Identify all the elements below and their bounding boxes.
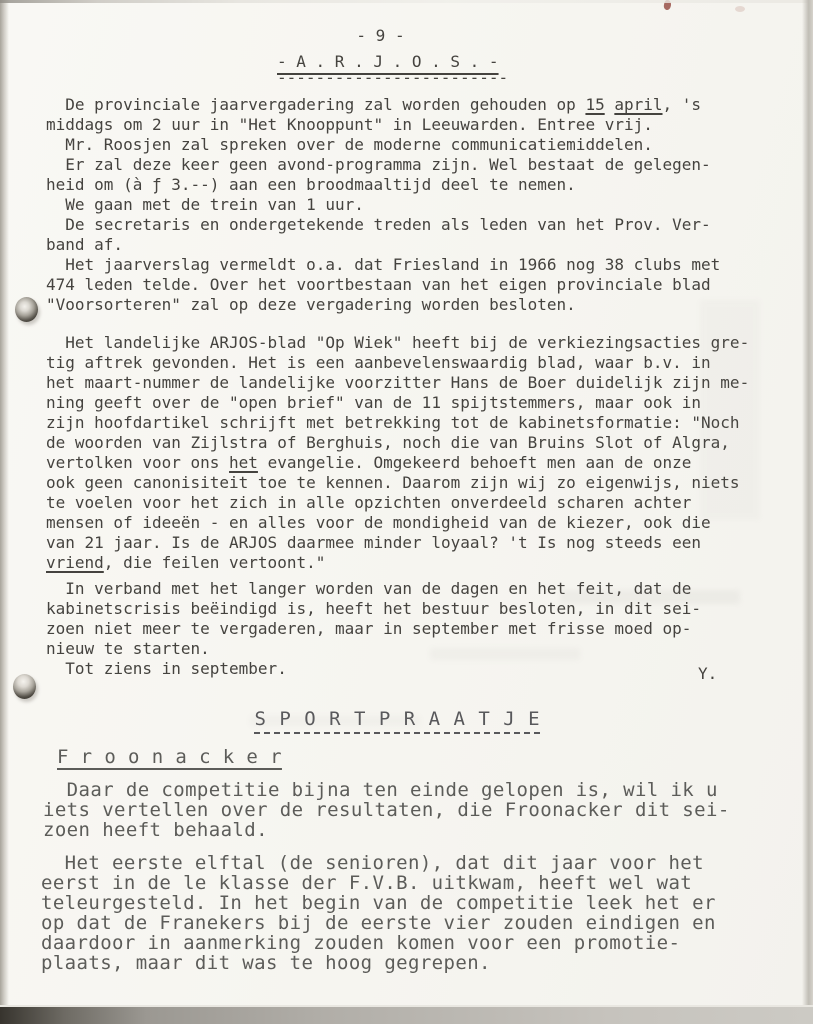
paper-smudge [700, 300, 760, 520]
text-line: teleurgesteld. In het begin van de compe… [41, 893, 716, 913]
text-line: We gaan met de trein van 1 uur. [46, 195, 720, 215]
text-line: mensen of ideeën - en alles voor de mond… [46, 513, 749, 533]
text-line: de woorden van Zijlstra of Berghuis, noc… [46, 433, 749, 453]
document-page: - 9 - - A . R . J . O . S . - ----------… [0, 0, 813, 1024]
text-line: 474 leden telde. Over het voortbestaan v… [46, 275, 720, 295]
text-line: zoen heeft behaald. [43, 820, 730, 840]
text-line: Mr. Roosjen zal spreken over de moderne … [46, 135, 720, 155]
text-line: zijn hoofdartikel schrijft met betrekkin… [46, 413, 749, 433]
text-line: plaats, maar dit was te hoog gegrepen. [41, 953, 716, 973]
text-line: Er zal deze keer geen avond-programma zi… [46, 155, 720, 175]
paper-smudge [250, 716, 420, 726]
page-edge-top [0, 0, 813, 3]
text-line: De secretaris en ondergetekende treden a… [46, 215, 720, 235]
text-line: tig aftrek gevonden. Het is een aanbevel… [46, 353, 749, 373]
text-line: op dat de Franekers bij de eerste vier z… [41, 913, 716, 933]
text-line: ning geeft over de "open brief" van de 1… [46, 393, 749, 413]
paragraph-arjos-2: Het landelijke ARJOS-blad "Op Wiek" heef… [46, 333, 749, 573]
signature-initial: Y. [698, 664, 717, 683]
text-line: van 21 jaar. Is de ARJOS daarmee minder … [46, 533, 749, 553]
text-line: heid om (à ƒ 3.--) aan een broodmaaltijd… [46, 175, 720, 195]
underlined-text: vriend [46, 553, 104, 572]
text-line: het maart-nummer de landelijke voorzitte… [46, 373, 749, 393]
text-line: band af. [46, 235, 720, 255]
text-line: Het jaarverslag vermeldt o.a. dat Friesl… [46, 255, 720, 275]
page-edge-bottom [0, 1005, 813, 1024]
text-line: Daar de competitie bijna ten einde gelop… [43, 780, 730, 800]
hole-punch-top [15, 297, 38, 322]
text-line: iets vertellen over de resultaten, die F… [43, 800, 730, 820]
underlined-text: het [229, 453, 258, 472]
text-line: middags om 2 uur in "Het Knooppunt" in L… [46, 115, 720, 135]
paper-smudge [560, 590, 740, 604]
title-underline-dashes: ------------------------ [277, 68, 508, 87]
text-line: De provinciale jaarvergadering zal worde… [46, 95, 720, 115]
paragraph-sport-2: Het eerste elftal (de senioren), dat dit… [41, 853, 716, 973]
text-line: vriend, die feilen vertoont." [46, 553, 749, 573]
page-edge-left [0, 0, 9, 1024]
paragraph-arjos-1: De provinciale jaarvergadering zal worde… [46, 95, 720, 315]
paper-smudge [430, 648, 580, 660]
paragraph-sport-1: Daar de competitie bijna ten einde gelop… [43, 780, 730, 840]
text-line: nieuw te starten. [46, 639, 701, 659]
subheading-froonacker: F r o o n a c k e r [57, 746, 282, 768]
text-line: daardoor in aanmerking zouden komen voor… [41, 933, 716, 953]
page-edge-right [802, 0, 813, 1008]
faint-red-stain [735, 6, 745, 12]
text-line: Het landelijke ARJOS-blad "Op Wiek" heef… [46, 333, 749, 353]
text-line: ook geen canonisiteit toe te kennen. Daa… [46, 473, 749, 493]
underlined-text: 15 [585, 95, 604, 114]
text-line: "Voorsorteren" zal op deze vergadering w… [46, 295, 720, 315]
text-line: eerst in de le klasse der F.V.B. uitkwam… [41, 873, 716, 893]
text-line: te voelen voor het zich in alle opzichte… [46, 493, 749, 513]
hole-punch-bottom [13, 674, 36, 699]
underlined-text: april [614, 95, 662, 114]
page-number: - 9 - [0, 26, 787, 45]
text-line: vertolken voor ons het evangelie. Omgeke… [46, 453, 749, 473]
text-line: zoen niet meer te vergaderen, maar in se… [46, 619, 701, 639]
text-line: Het eerste elftal (de senioren), dat dit… [41, 853, 716, 873]
text-line: Tot ziens in september. [46, 659, 701, 679]
